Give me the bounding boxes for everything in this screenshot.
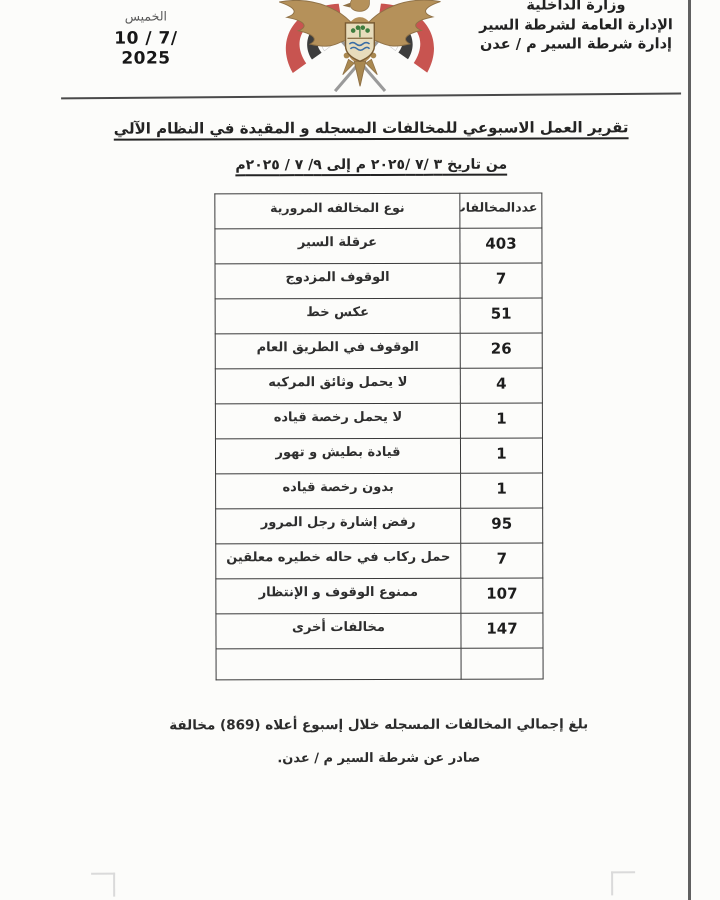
violation-count: 4 <box>460 368 542 403</box>
corner-mark-left <box>91 873 115 897</box>
ministry-line: وزارة الداخلية <box>479 0 673 16</box>
total-summary: بلغ إجمالي المخالفات المسجله خلال إسبوع … <box>19 716 720 734</box>
violation-type: عرقلة السير <box>215 228 460 264</box>
table-row: 51 عكس خط <box>215 298 542 334</box>
org-header-block: وزارة الداخلية الإدارة العامة لشرطة السي… <box>479 0 673 55</box>
scan-fold-edge <box>688 0 691 900</box>
violation-count <box>461 648 543 679</box>
corner-mark-right <box>611 871 635 895</box>
yemen-national-emblem-icon <box>262 0 458 92</box>
shield-icon <box>345 23 374 61</box>
table-row: 107 ممنوع الوقوف و الإنتظار <box>216 578 543 614</box>
report-title: تقرير العمل الاسبوعي للمخالفات المسجله و… <box>11 118 720 138</box>
violation-type: ممنوع الوقوف و الإنتظار <box>216 578 461 614</box>
table-row: 403 عرقلة السير <box>215 228 542 264</box>
col-header-type: نوع المخالفه المرورية <box>215 193 460 229</box>
violation-count: 1 <box>461 473 543 508</box>
violation-type: حمل ركاب في حاله خطيره معلقين <box>216 543 461 579</box>
col-header-count: عددالمخالفات <box>460 193 542 228</box>
header-date-block: الخميس 10 / 7/ 2025 <box>91 8 201 68</box>
report-date-range: من تاريخ ٣ /٧ /٢٠٢٥ م إلى ٩/ ٧ / ٢٠٢٥م <box>11 156 720 174</box>
scanned-report-page: الخميس 10 / 7/ 2025 <box>0 0 720 900</box>
violation-type: عكس خط <box>215 298 460 334</box>
violation-count: 403 <box>460 228 542 263</box>
table-row: 95 رفض إشارة رجل المرور <box>216 508 543 544</box>
table-row: 7 الوقوف المزدوج <box>215 263 542 299</box>
violation-type <box>216 648 461 680</box>
table-row: 7 حمل ركاب في حاله خطيره معلقين <box>216 543 543 579</box>
table-row: 1 لا يحمل رخصة قياده <box>215 403 542 439</box>
violation-count: 1 <box>460 403 542 438</box>
violation-type: بدون رخصة قياده <box>216 473 461 509</box>
table-row <box>216 648 543 680</box>
violation-count: 1 <box>460 438 542 473</box>
violation-count: 95 <box>461 508 543 543</box>
violations-table: عددالمخالفات نوع المخالفه المرورية 403 ع… <box>214 193 543 681</box>
violation-count: 26 <box>460 333 542 368</box>
violation-type: لا يحمل وثائق المركبه <box>215 368 460 404</box>
table-header-row: عددالمخالفات نوع المخالفه المرورية <box>215 193 542 229</box>
issuer-line: صادر عن شرطة السير م / عدن. <box>19 750 720 767</box>
general-admin-line: الإدارة العامة لشرطة السير <box>479 16 673 36</box>
office-line: إدارة شرطة السير م / عدن <box>479 35 673 55</box>
violation-type: مخالفات أخرى <box>216 613 461 649</box>
violation-type: رفض إشارة رجل المرور <box>216 508 461 544</box>
header-divider <box>61 93 681 100</box>
violation-type: لا يحمل رخصة قياده <box>215 403 460 439</box>
violation-type: قيادة بطيش و تهور <box>215 438 460 474</box>
violation-count: 147 <box>461 613 543 648</box>
violation-count: 51 <box>460 298 542 333</box>
table-row: 1 قيادة بطيش و تهور <box>215 438 542 474</box>
eagle-icon <box>279 0 441 86</box>
report-date: 10 / 7/ 2025 <box>91 28 201 68</box>
violation-type: الوقوف في الطريق العام <box>215 333 460 369</box>
table-row: 4 لا يحمل وثائق المركبه <box>215 368 542 404</box>
table-row: 147 مخالفات أخرى <box>216 613 543 649</box>
day-label: الخميس <box>91 8 201 23</box>
violation-type: الوقوف المزدوج <box>215 263 460 299</box>
violation-count: 7 <box>460 263 542 298</box>
violation-count: 107 <box>461 578 543 613</box>
violation-count: 7 <box>461 543 543 578</box>
table-row: 26 الوقوف في الطريق العام <box>215 333 542 369</box>
table-row: 1 بدون رخصة قياده <box>216 473 543 509</box>
violations-table-body: 403 عرقلة السير 7 الوقوف المزدوج 51 عكس … <box>215 228 543 680</box>
